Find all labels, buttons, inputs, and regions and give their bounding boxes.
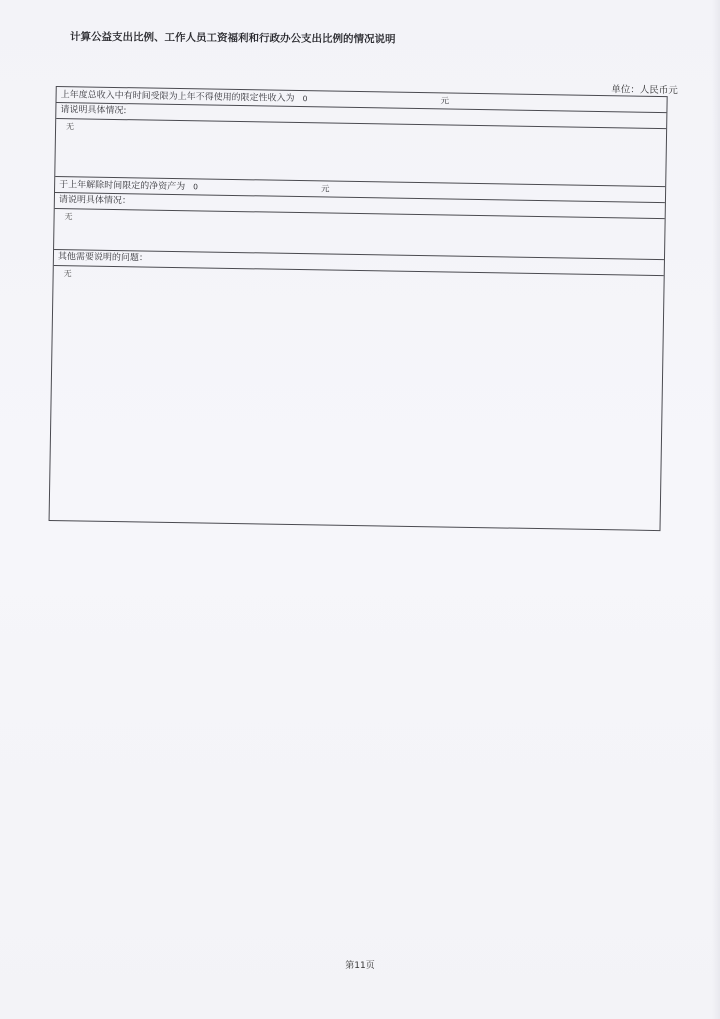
page-number: 第11页 [0,958,720,971]
released-net-assets-currency: 元 [321,182,330,197]
released-net-assets-explain-value: 无 [65,212,73,221]
released-net-assets-explain-label: 请说明具体情况： [59,195,131,206]
restricted-income-explain-content: 无 [55,119,666,187]
restricted-income-explain-value: 无 [66,122,74,131]
other-issues-label: 其他需要说明的问题： [58,252,148,263]
document-title: 计算公益支出比例、工作人员工资福利和行政办公支出比例的情况说明 [70,29,396,47]
restricted-income-currency: 元 [440,94,449,109]
other-issues-value: 无 [64,269,72,278]
form-area: 单位：人民币元 上年度总收入中有时间受限为上年不得使用的限定性收入为0 元 请说… [56,72,670,82]
scanned-page: 计算公益支出比例、工作人员工资福利和行政办公支出比例的情况说明 单位：人民币元 … [0,0,720,1019]
scan-edge-shadow [712,0,720,1019]
released-net-assets-value: 0 [193,182,198,191]
explanation-table: 上年度总收入中有时间受限为上年不得使用的限定性收入为0 元 请说明具体情况: 无… [49,86,668,531]
unit-label: 单位：人民币元 [611,81,678,96]
other-issues-content: 无 [50,266,664,530]
restricted-income-value: 0 [303,94,308,103]
released-net-assets-label: 于上年解除时间限定的净资产为 [59,180,185,192]
restricted-income-explain-label: 请说明具体情况: [60,105,126,116]
restricted-income-label: 上年度总收入中有时间受限为上年不得使用的限定性收入为 [61,90,295,104]
